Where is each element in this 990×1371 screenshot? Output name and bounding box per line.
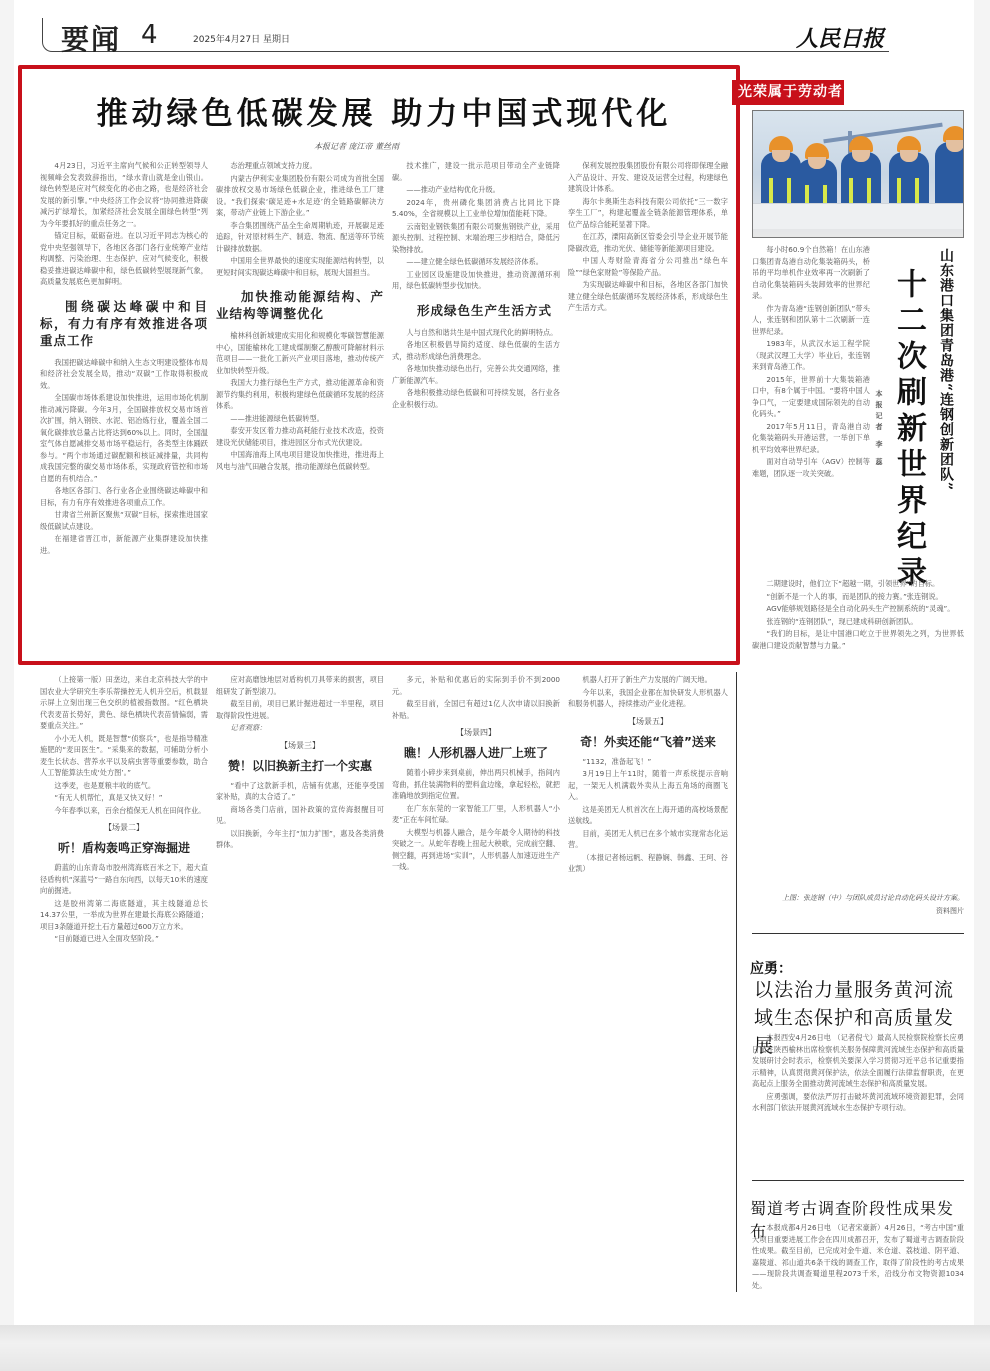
lower-column-3: 多元，补贴和优惠后的实际到手价不到2000元。 截至目前，全国已有超过1亿人次申…	[392, 674, 560, 1322]
paragraph: 每小时60.9个自然箱！在山东港口集团青岛港自动化集装箱码头，桥吊的平均单机作业…	[752, 244, 870, 302]
paragraph: 商场各类门店前，国补政策的宣传海报醒目可见。	[216, 804, 384, 827]
paragraph: 大模型与机器人融合，是今年最令人期待的科技突破之一。从蛇年春晚上扭起大秧歌，完成…	[392, 827, 560, 873]
feature-column-top: 每小时60.9个自然箱！在山东港口集团青岛港自动化集装箱码头，桥吊的平均单机作业…	[752, 244, 870, 574]
paragraph: 各地积极推动绿色低碳和可持续发展，各行业各企业积极行动。	[392, 387, 560, 410]
paragraph: 榆林科创新城建成实用化和规模化零碳智慧能源中心，国能榆林化工建成煤制聚乙醇酸可降…	[216, 330, 384, 376]
paragraph: 应勇强调，要依法严厉打击破坏黄河流域环境资源犯罪，会同水利部门依法开展黄河流域水…	[752, 1091, 964, 1114]
paragraph: 各地加快推动绿色出行，完善公共交通网络，推广新能源汽车。	[392, 363, 560, 386]
paragraph: 各地区各部门、各行业各企业围绕碳达峰碳中和目标，有力有序有效推进各项重点工作。	[40, 485, 208, 508]
paragraph: 泰安开发区着力推动高耗能行业技术改造，投资建设光伏储能项目，推进园区分布式光伏建…	[216, 425, 384, 448]
paragraph: 各地区积极倡导简约适度、绿色低碳的生活方式，推动形成绿色消费理念。	[392, 339, 560, 362]
paragraph: 2024年，贵州磷化集团消费占比同比下降5.40%，全省规模以上工业单位增加值能…	[392, 197, 560, 220]
paragraph: 这是美团无人机首次在上海开通的高校场景配送航线。	[568, 804, 728, 827]
newspaper-page: 要闻 4 2025年4月27日 星期日 人民日报 推动绿色低碳发展 助力中国式现…	[14, 0, 974, 1325]
side-story-kicker: 应勇：	[750, 958, 792, 978]
paragraph: 面对自动导引车（AGV）控制等难题，团队逐一攻关突破。	[752, 456, 870, 479]
scene-headline: 瞧！人形机器人进厂上班了	[392, 745, 560, 761]
lead-column-2: 态治理重点领域支持力度。 内蒙古伊利实业集团股份有限公司成为首批全国碳排放权交易…	[216, 160, 384, 655]
paragraph: 多元，补贴和优惠后的实际到手价不到2000元。	[392, 674, 560, 697]
paragraph: 技术推广，建设一批示范项目带动全产业链降碳。	[392, 160, 560, 183]
paragraph: 在福建省晋江市，新能源产业集群建设加快推进。	[40, 533, 208, 556]
paragraph: “创新不是一个人的事，而是团队的接力赛。”张连钢说。	[752, 591, 964, 603]
column-divider	[736, 672, 737, 1292]
lower-column-4: 机器人打开了新生产力发展的广阔天地。 今年以来，我国企业都在加快研发人形机器人和…	[568, 674, 728, 1322]
feature-column-bottom: 二期建设时，他们立下“超越一期，引领世界”的目标。 “创新不是一个人的事，而是团…	[752, 578, 964, 888]
side-story-body: 本报西安4月26日电 （记者倪弋）最高人民检察院检察长应勇日前在陕西榆林出席检察…	[752, 1032, 964, 1177]
feature-photo	[752, 110, 964, 238]
scene-tag: 【场景四】	[392, 727, 560, 739]
feature-byline: 本报记者 李 蕊	[874, 390, 884, 469]
scene-headline: 赞！以旧换新主打一个实惠	[216, 758, 384, 774]
paragraph: 全国碳市场体系建设加快推进，运用市场化机制推动减污降碳。今年3月，全国碳排放权交…	[40, 392, 208, 484]
paragraph: 保利发展控股集团股份有限公司将即保理全融入产品设计、开发、建设及运营全过程，构建…	[568, 160, 728, 195]
subheading: 形成绿色生产生活方式	[392, 302, 560, 319]
paragraph: 截至目前，项目已累计掘进超过一半里程，项目取得阶段性进展。	[216, 698, 384, 721]
paragraph: 4月23日，习近平主席向气候和公正转型领导人视频峰会发表致辞指出，“绿水青山就是…	[40, 160, 208, 229]
paragraph: 2015年，世界前十大集装箱港口中，有8个属于中国。“要将中国人争口气，一定要建…	[752, 374, 870, 420]
newspaper-logo: 人民日报	[796, 22, 884, 53]
paragraph: 机器人打开了新生产力发展的广阔天地。	[568, 674, 728, 686]
paragraph: 这是胶州湾第二海底隧道，其主线隧道总长14.37公里，一举成为世界在建最长海底公…	[40, 898, 208, 933]
paragraph: 1983年，从武汉水运工程学院（现武汉理工大学）毕业后，张连钢来到青岛港工作。	[752, 338, 870, 373]
paragraph: 内蒙古伊利实业集团股份有限公司成为首批全国碳排放权交易市场绿色低碳企业，推进绿色…	[216, 173, 384, 219]
paragraph: 以旧换新，今年主打“加力扩围”，惠及各类消费群体。	[216, 828, 384, 851]
paragraph: 作为青岛港“连钢创新团队”带头人，张连钢和团队第十二次刷新一连世界纪录。	[752, 303, 870, 338]
paragraph: 截至目前，全国已有超过1亿人次申请以旧换新补贴。	[392, 698, 560, 721]
page-number: 4	[141, 20, 158, 50]
lead-column-1: 4月23日，习近平主席向气候和公正转型领导人视频峰会发表致辞指出，“绿水青山就是…	[40, 160, 208, 655]
date-line: 2025年4月27日 星期日	[193, 32, 290, 45]
paragraph: 随着小碎步来到桌前，伸出两只机械手，指间内弯曲，抓住装满物料的塑料盒边缘，拿起轻…	[392, 767, 560, 802]
paragraph: 我国把碳达峰碳中和纳入生态文明建设整体布局和经济社会发展全局，推动“双碳”工作取…	[40, 357, 208, 392]
side-story-body: 本报成都4月26日电 （记者宋豪新）4月26日，“考古中国”重大项目重要进展工作…	[752, 1222, 964, 1317]
paragraph: （本报记者杨远帆、程静娴、韩鑫、王珂、谷业凯）	[568, 852, 728, 875]
paragraph: ——建立健全绿色低碳循环发展经济体系。	[392, 256, 560, 268]
paragraph: 工业园区设施建设加快推进，推动资源循环利用，绿色低碳转型步伐加快。	[392, 269, 560, 292]
paragraph: 中国用全世界最快的速度实现能源结构转型，以更短时间实现碳达峰碳中和目标，展现大国…	[216, 255, 384, 278]
blueprint-sheet	[753, 203, 964, 229]
feature-headline: 十二次刷新世界纪录	[886, 268, 930, 592]
paragraph: 张连钢的“连钢团队”，现已建成科研创新团队。	[752, 616, 964, 628]
paragraph: 李合集团围绕产品全生命周期轨迹，开展碳足迹追踪，针对原材料生产、制造、物流、配送…	[216, 220, 384, 255]
scene-headline: 奇！外卖还能“飞着”送来	[568, 734, 728, 750]
photo-credit: 资料图片	[752, 906, 964, 916]
paragraph: “目前隧道已进入全面攻坚阶段。”	[40, 933, 208, 945]
lead-story-byline: 本报记者 庞江帝 董丝雨	[314, 141, 399, 152]
lead-column-3: 技术推广，建设一批示范项目带动全产业链降碳。 ——推动产业结构优化升级。 202…	[392, 160, 560, 655]
paragraph: 态治理重点领域支持力度。	[216, 160, 384, 172]
paragraph: 本报成都4月26日电 （记者宋豪新）4月26日，“考古中国”重大项目重要进展工作…	[752, 1222, 964, 1291]
paragraph: 为实现碳达峰碳中和目标，各地区各部门加快建立健全绿色低碳循环发展经济体系，形成绿…	[568, 279, 728, 314]
paragraph: 中国海油海上风电项目建设加快推进，推进海上风电与油气田融合发展，推动能源绿色低碳…	[216, 449, 384, 472]
paragraph: 海尔卡奥斯生态科技有限公司依托“三一数字孪生工厂”，构建起覆盖全链条能源管理体系…	[568, 196, 728, 231]
paragraph: 蔚蓝的山东青岛市胶州湾海底百米之下，超大直径盾构机“深蓝号”一路自东向西，以每天…	[40, 862, 208, 897]
feature-subtitle: 山东港口集团青岛港“连钢创新团队”	[936, 248, 956, 491]
scene-tag: 【场景二】	[40, 822, 208, 834]
paragraph: 应对高磨蚀地层对盾构机刀具带来的损害，项目组研发了新型滚刀。	[216, 674, 384, 697]
paragraph: 本报西安4月26日电 （记者倪弋）最高人民检察院检察长应勇日前在陕西榆林出席检察…	[752, 1032, 964, 1090]
section-rule	[752, 933, 964, 934]
paragraph: “1132，准备起飞！”	[568, 756, 728, 768]
subheading: 加快推动能源结构、产业结构等调整优化	[216, 288, 384, 322]
paragraph: 二期建设时，他们立下“超越一期，引领世界”的目标。	[752, 578, 964, 590]
paragraph: 中国人寿财险青海省分公司推出“绿色车险”“绿色家财险”等保险产品。	[568, 255, 728, 278]
paragraph: 今年春季以来，百余台植保无人机在田间作业。	[40, 805, 208, 817]
paragraph: “看中了这款新手机，店铺有优惠，还能享受国家补贴，真的太合适了。”	[216, 780, 384, 803]
paragraph: 3月19日上午11时，随着一声系统提示音响起，一架无人机满载外卖从上海五角场的商…	[568, 768, 728, 803]
paragraph: 锚定目标，砥砺奋进。在以习近平同志为核心的党中央坚强领导下，各地区各部门各行业统…	[40, 230, 208, 288]
paragraph: AGV能够规划路径是全自动化码头生产控制系统的“灵魂”。	[752, 603, 964, 615]
lower-column-2: 应对高磨蚀地层对盾构机刀具带来的损害，项目组研发了新型滚刀。 截至目前，项目已累…	[216, 674, 384, 1322]
page-bottom-margin	[0, 1325, 990, 1371]
paragraph: 人与自然和谐共生是中国式现代化的鲜明特点。	[392, 327, 560, 339]
paragraph: 今年以来，我国企业都在加快研发人形机器人和服务机器人，持续推动产业化进程。	[568, 687, 728, 710]
feature-banner: 光荣属于劳动者	[732, 80, 844, 105]
paragraph: 我国大力推行绿色生产方式，推动能源革命和资源节约集约利用，积极构建绿色低碳循环发…	[216, 377, 384, 412]
scene-tag: 【场景三】	[216, 740, 384, 752]
lead-story-headline: 推动绿色低碳发展 助力中国式现代化	[54, 88, 714, 133]
paragraph: （上接第一版）田垄边，来自北京科技大学的中国农业大学研究生李乐蒂操控无人机升空后…	[40, 674, 208, 732]
crane-boom	[823, 123, 942, 144]
masthead: 要闻 4 2025年4月27日 星期日	[42, 18, 467, 52]
lower-column-1: （上接第一版）田垄边，来自北京科技大学的中国农业大学研究生李乐蒂操控无人机升空后…	[40, 674, 208, 1322]
paragraph: 小小无人机，既是智慧“侦察兵”，也是指导精准施肥的“麦田医生”。“采集来的数据，…	[40, 733, 208, 779]
section-title: 要闻	[61, 18, 121, 58]
scene-tag: 【场景五】	[568, 716, 728, 728]
paragraph: 目前，美团无人机已在多个城市实现常态化运营。	[568, 828, 728, 851]
paragraph: 2017年5月11日，青岛港自动化集装箱码头开港运营，一举创下单机平均效率世界纪…	[752, 421, 870, 456]
paragraph: ——推进能源绿色低碳转型。	[216, 413, 384, 425]
paragraph: “我们的目标，是让中国港口屹立于世界领先之列，为世界低碳港口建设贡献智慧与力量。…	[752, 628, 964, 651]
paragraph: ——推动产业结构优化升级。	[392, 184, 560, 196]
lead-column-4: 保利发展控股集团股份有限公司将即保理全融入产品设计、开发、建设及运营全过程，构建…	[568, 160, 728, 655]
paragraph: “有无人机帮忙，真是又快又好！”	[40, 792, 208, 804]
scene-headline: 听！盾构轰鸣正穿海掘进	[40, 840, 208, 856]
subheading: 围绕碳达峰碳中和目标，有力有序有效推进各项重点工作	[40, 298, 208, 349]
section-rule	[752, 1180, 964, 1181]
paragraph: 在广东东莞的一家智能工厂里，人形机器人“小麦”正在车间忙碌。	[392, 803, 560, 826]
paragraph: 云南铝业钢铁集团有限公司聚焦钢铁产业，采用源头控制、过程控制、末端治理三步相结合…	[392, 221, 560, 256]
photo-caption: 上图：张连钢（中）与团队成员讨论自动化码头设计方案。	[752, 893, 964, 903]
paragraph: 这季麦，也是夏粮丰收的底气。	[40, 780, 208, 792]
observer-note-label: 记者观察：	[216, 722, 384, 734]
paragraph: 在江苏，溧阳高新区管委会引导企业开展节能降碳改造，推动光伏、储能等新能源项目建设…	[568, 231, 728, 254]
paragraph: 甘肃省兰州新区聚焦“双碳”目标，探索推进国家级低碳试点建设。	[40, 509, 208, 532]
